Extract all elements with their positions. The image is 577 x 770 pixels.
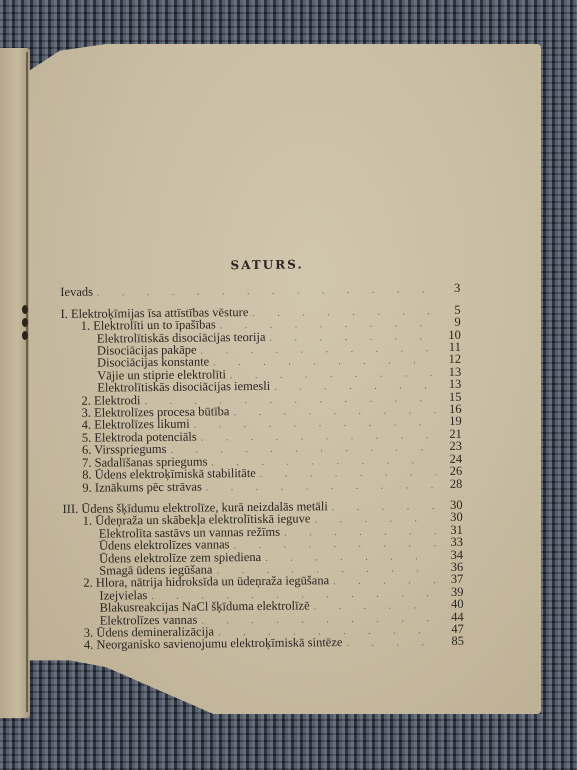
toc-entry: Ievads. . . . . . . . . . . . . . . . . … — [60, 283, 460, 300]
dot-leader: . . . . . . . . . . . . . . . . . . . . … — [265, 551, 437, 564]
dot-leader: . . . . . . . . . . . . . . . . . . . . … — [260, 467, 437, 480]
table-of-contents: SATURS. Ievads. . . . . . . . . . . . . … — [60, 258, 464, 653]
toc-entry-page: 85 — [442, 636, 464, 648]
dot-leader: . . . . . . . . . . . . . . . . . . . . … — [274, 380, 435, 393]
dot-leader: . . . . . . . . . . . . . . . . . . . . … — [332, 501, 437, 514]
toc-entry-page: 26 — [440, 466, 462, 478]
toc-entry-page: 33 — [441, 537, 463, 549]
toc-entry-page: 3 — [438, 283, 460, 295]
dot-leader: . . . . . . . . . . . . . . . . . . . . … — [314, 513, 436, 526]
dot-leader: . . . . . . . . . . . . . . . . . . . . … — [252, 306, 434, 319]
dot-leader: . . . . . . . . . . . . . . . . . . . . … — [333, 575, 437, 587]
dot-leader: . . . . . . . . . . . . . . . . . . . . … — [97, 284, 434, 299]
dot-leader: . . . . . . . . . . . . . . . . . . . . … — [206, 480, 437, 494]
toc-entry-label: 4. Neorganisko savienojumu elektroķīmisk… — [84, 637, 343, 651]
toc-entry-label: Ievads — [60, 287, 93, 299]
left-page-print-marks — [22, 305, 28, 345]
toc-entry-label: 9. Iznākums pēc strāvas — [82, 481, 202, 494]
dot-leader: . . . . . . . . . . . . . . . . . . . . … — [233, 538, 437, 552]
dot-leader: . . . . . . . . . . . . . . . . . . . . … — [269, 331, 434, 344]
toc-entry-label: Elektrolītiskās disociācijas iemesli — [97, 381, 270, 394]
toc-entry-page: 28 — [440, 478, 462, 490]
dot-leader: . . . . . . . . . . . . . . . . . . . . … — [213, 356, 435, 370]
dot-leader: . . . . . . . . . . . . . . . . . . . . … — [346, 637, 438, 649]
toc-entry: 9. Iznākums pēc strāvas. . . . . . . . .… — [62, 478, 462, 495]
book-spine — [26, 52, 28, 712]
dot-leader: . . . . . . . . . . . . . . . . . . . . … — [284, 526, 437, 539]
dot-leader: . . . . . . . . . . . . . . . . . . . . … — [233, 405, 435, 419]
dot-leader: . . . . . . . . . . . . . . . . . . . . … — [314, 600, 438, 613]
toc-entry-label: Blakusreakcijas NaCl šķīduma elektrolīzē — [100, 601, 310, 615]
